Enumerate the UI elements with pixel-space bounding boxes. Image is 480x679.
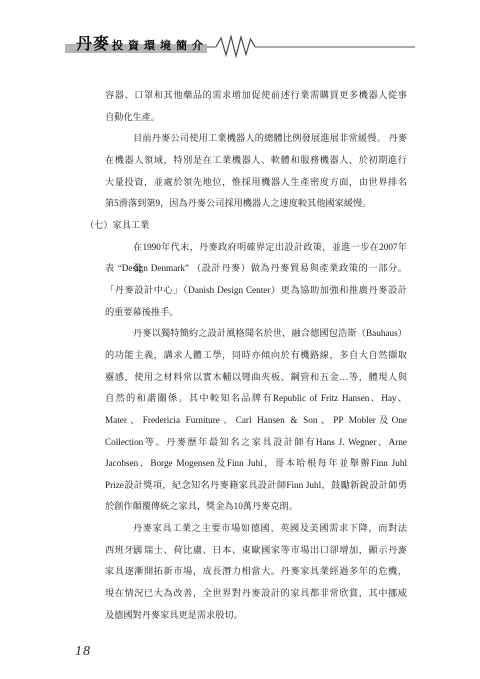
text-line: Collection等。丹麥歷年最知名之家具設計師有Hans J. Wegner… [85, 432, 407, 454]
text-line: Mater、Fredericia Furniture、Carl Hansen &… [85, 410, 407, 432]
text-line: 自動化生產。 [85, 107, 407, 129]
text-line: 的重要幕後推手。 [85, 302, 407, 324]
section-heading: （七）家具工業 [85, 215, 407, 237]
text-line: 西班牙、瑞士、荷比盧、日本、東歐國家等市場出口卻增加，顯示丹麥 [85, 540, 407, 562]
text-line: 於創作顛覆傳統之家具，獎金為10萬丹麥克朗。 [85, 496, 407, 518]
text-line: 丹麥以獨特簡約之設計風格聞名於世，融合德國包浩斯（Bauhaus） [85, 323, 407, 345]
text-line: 靈感，使用之材料常以實木輔以彎曲夾板、鋼管和五金…等，體現人與 [85, 367, 407, 389]
text-line: 容器、口罩和其他藥品的需求增加促使前述行業需購買更多機器人從事 [85, 85, 407, 107]
text-line: 第5滑落到第9，因為丹麥公司採用機器人之速度較其他國家緩慢。 [85, 193, 407, 215]
text-line: 及德國對丹麥家具更是需求殷切。 [85, 605, 407, 627]
chapter-title-main: 丹麥 [76, 37, 110, 53]
chapter-title: 丹麥 投資環境簡介 [76, 37, 208, 53]
text-line: 現在情況已大為改善，全世界對丹麥設計的家具都非常欣賞，其中挪威 [85, 583, 407, 605]
text-line: 大量投資，並處於領先地位，惟採用機器人生產密度方面，由世界排名 [85, 172, 407, 194]
text-line: 丹麥家具工業之主要市場如德國、英國及美國需求下降，而對法國、 [85, 518, 407, 540]
text-line: 目前丹麥公司使用工業機器人的總體比例發展進展非常緩慢。 丹麥 [85, 128, 407, 150]
header-decoration [0, 0, 480, 70]
text-line: 家具逐漸開拓新市場，成長潛力相當大。丹麥家具業經過多年的危機， [85, 561, 407, 583]
text-line: 在1990年代末，丹麥政府明確界定出設計政策，並進一步在2007年發 [85, 237, 407, 259]
page-number: 18 [75, 644, 91, 660]
text-line: 表 “Design Denmark” （設計丹麥）做為丹麥貿易與產業政策的一部分… [85, 258, 407, 280]
document-page: 丹麥 投資環境簡介 容器、口罩和其他藥品的需求增加促使前述行業需購買更多機器人從… [0, 0, 480, 679]
zigzag-pulse-icon [216, 37, 255, 57]
body-text: 容器、口罩和其他藥品的需求增加促使前述行業需購買更多機器人從事自動化生產。目前丹… [85, 85, 407, 626]
text-line: 自然的和諧關係。其中較知名品牌有Republic of Fritz Hansen… [85, 388, 407, 410]
text-line: 的功能主義，講求人體工學，同時亦傾向於有機路線，多自大自然擷取 [85, 345, 407, 367]
text-line: Prize設計獎項，紀念知名丹麥籍家具設計師Finn Juhl，鼓勵新銳設計師勇 [85, 475, 407, 497]
text-line: Jacobsen、Borge Mogensen及Finn Juhl，哥本哈根每年… [85, 453, 407, 475]
text-line: 在機器人領域，特別是在工業機器人、軟體和服務機器人，於初期進行 [85, 150, 407, 172]
chapter-title-sub: 投資環境簡介 [112, 41, 208, 53]
text-line: 「丹麥設計中心」（Danish Design Center）更為協助加強和推廣丹… [85, 280, 407, 302]
